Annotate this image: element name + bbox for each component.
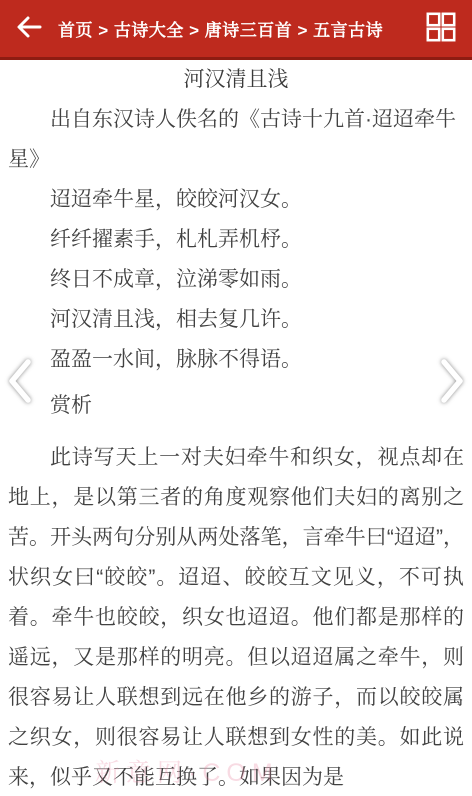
analysis-heading: 赏析 (8, 386, 464, 426)
analysis-text: 此诗写天上一对夫妇牵牛和织女，视点却在地上，是以第三者的角度观察他们夫妇的离别之… (8, 438, 464, 796)
grid-menu-button[interactable] (422, 10, 460, 48)
poem-title: 河汉清且浅 (8, 60, 464, 100)
poem-line: 纤纤擢素手，札札弄机杼。 (8, 220, 464, 260)
poem-line: 河汉清且浅，相去复几许。 (8, 300, 464, 340)
app-header: 首页 > 古诗大全 > 唐诗三百首 > 五言古诗 (0, 0, 472, 60)
chevron-right-icon (437, 357, 467, 408)
grid-menu-icon (423, 9, 459, 48)
poem-content: 河汉清且浅 出自东汉诗人佚名的《古诗十九首·迢迢牵牛星》 迢迢牵牛星，皎皎河汉女… (0, 60, 472, 796)
poem-source: 出自东汉诗人佚名的《古诗十九首·迢迢牵牛星》 (8, 100, 464, 180)
poem-line: 盈盈一水间，脉脉不得语。 (8, 340, 464, 380)
next-page-button[interactable] (434, 356, 470, 408)
back-button[interactable] (12, 13, 44, 45)
previous-page-button[interactable] (2, 356, 38, 408)
arrow-left-icon (15, 15, 42, 42)
poem-line: 终日不成章，泣涕零如雨。 (8, 260, 464, 300)
chevron-left-icon (5, 357, 35, 408)
poem-line: 迢迢牵牛星，皎皎河汉女。 (8, 180, 464, 220)
breadcrumb[interactable]: 首页 > 古诗大全 > 唐诗三百首 > 五言古诗 (58, 16, 422, 41)
poem-page: 首页 > 古诗大全 > 唐诗三百首 > 五言古诗 河汉清且浅 出自东汉诗人佚名的… (0, 0, 472, 796)
